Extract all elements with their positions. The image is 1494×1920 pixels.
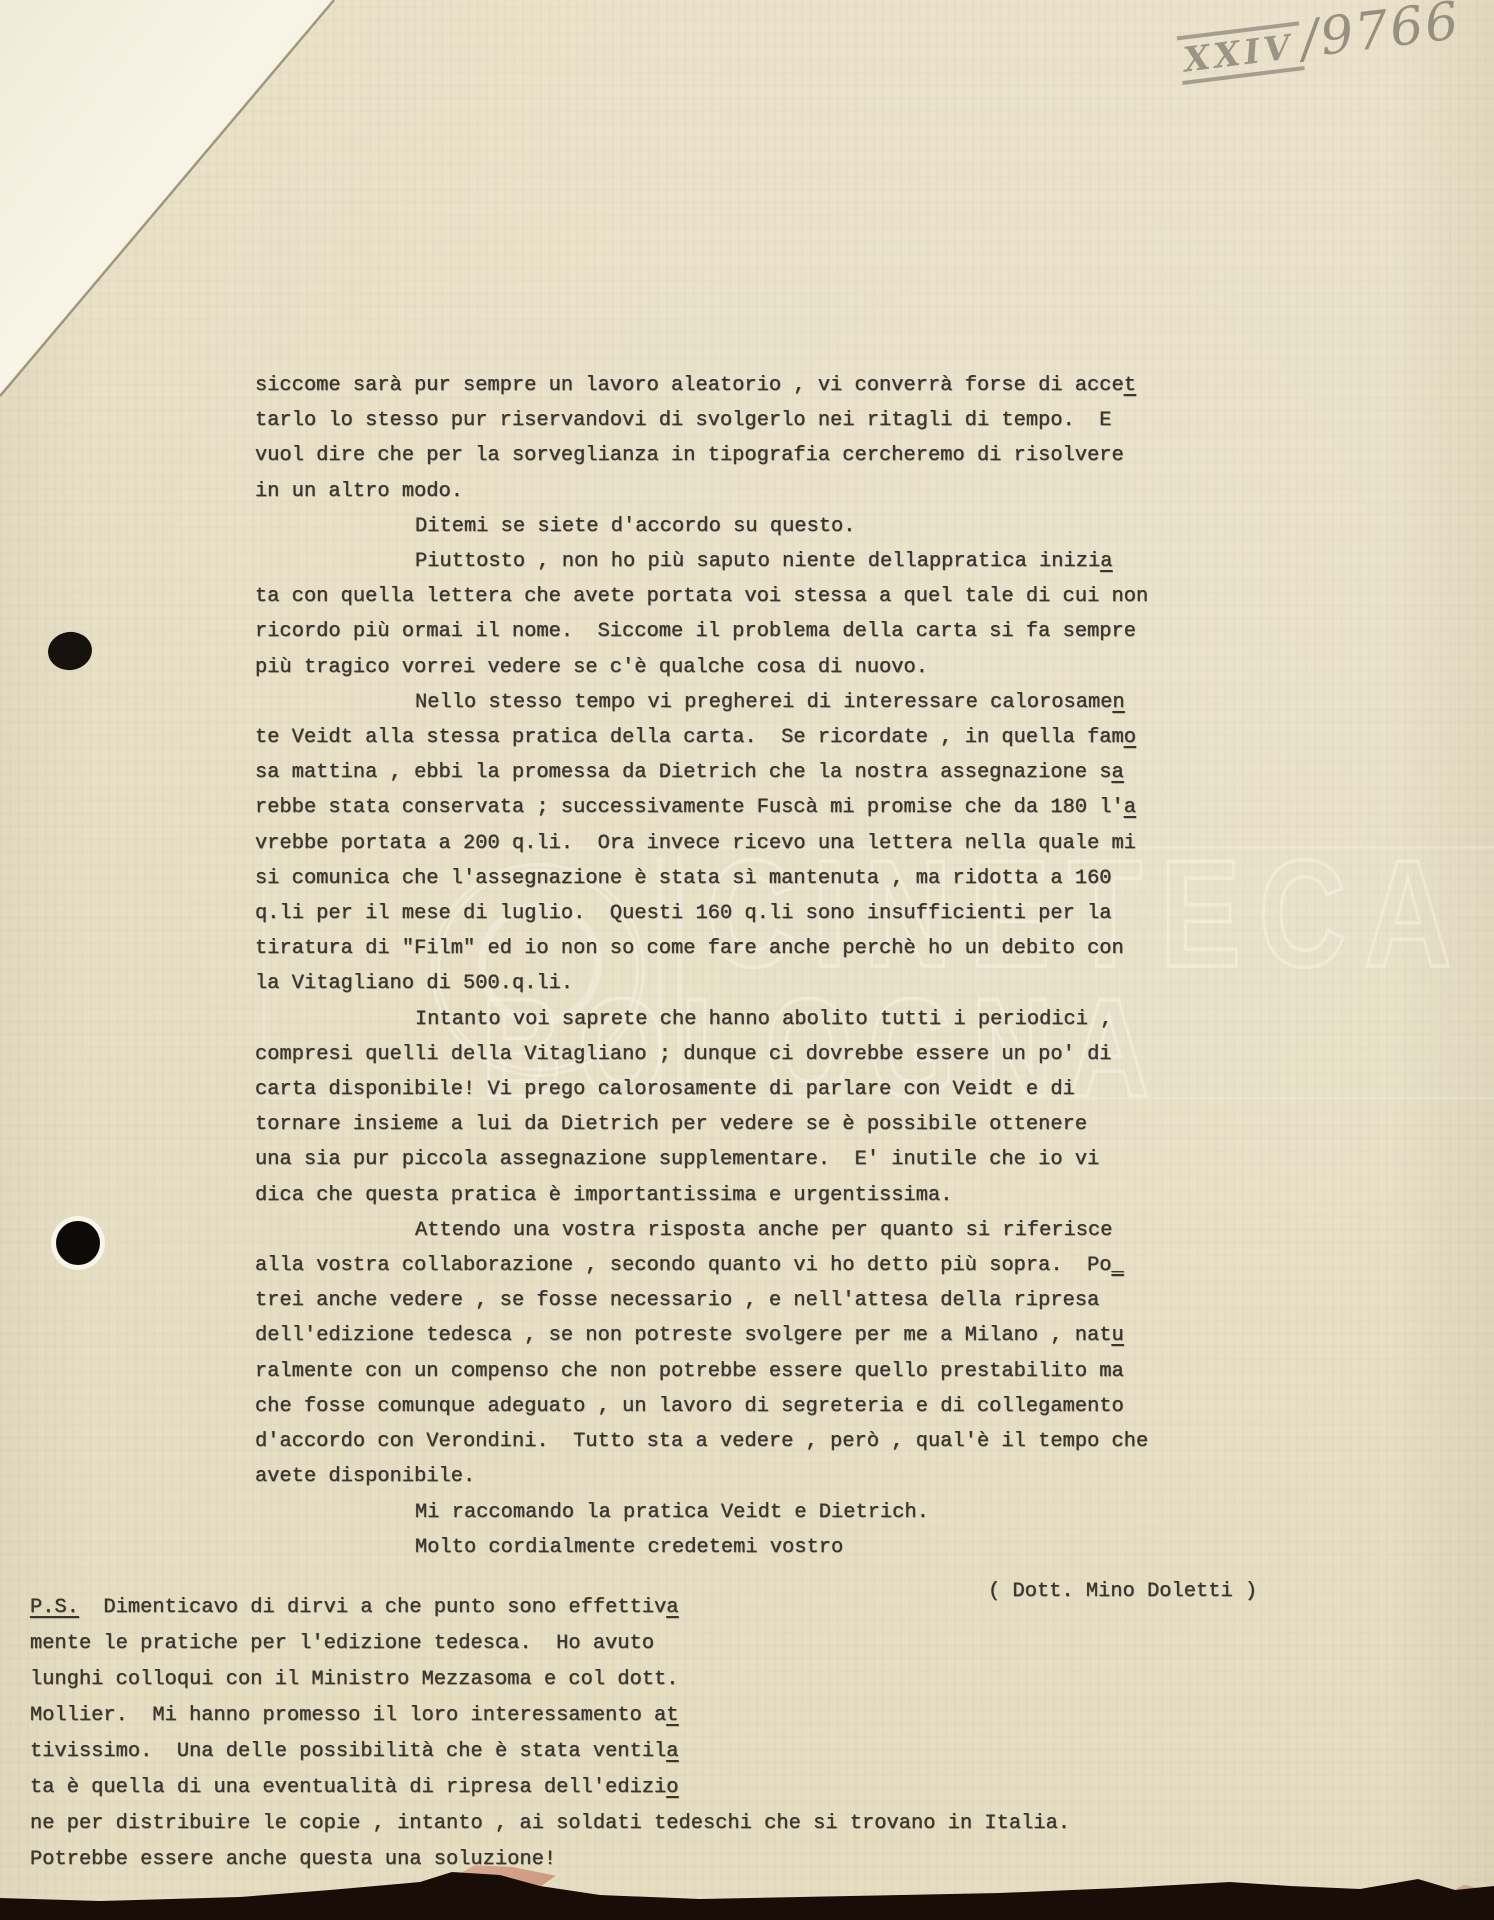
typed-line: vuol dire che per la sorveglianza in tip… xyxy=(255,438,1148,473)
typed-line: Ditemi se siete d'accordo su questo. xyxy=(255,509,1148,544)
punch-hole-bottom xyxy=(56,1221,100,1265)
typed-line: tornare insieme a lui da Dietrich per ve… xyxy=(255,1107,1148,1142)
typed-line: ralmente con un compenso che non potrebb… xyxy=(255,1354,1148,1389)
typed-line: siccome sarà pur sempre un lavoro aleato… xyxy=(255,368,1148,403)
typed-line: alla vostra collaborazione , secondo qua… xyxy=(255,1248,1148,1283)
folded-corner xyxy=(0,0,334,396)
letter-scan-page: XXIV/9766 CINETECA BOLOGNA siccome sarà … xyxy=(0,0,1494,1920)
typed-line: tiratura di "Film" ed io non so come far… xyxy=(255,931,1148,966)
typed-line: sa mattina , ebbi la promessa da Dietric… xyxy=(255,755,1148,790)
typed-line: Intanto voi saprete che hanno abolito tu… xyxy=(255,1002,1148,1037)
typed-line: tarlo lo stesso pur riservandovi di svol… xyxy=(255,403,1148,438)
typed-line: te Veidt alla stessa pratica della carta… xyxy=(255,720,1148,755)
typed-line: tivissimo. Una delle possibilità che è s… xyxy=(30,1734,1070,1770)
typed-line: d'accordo con Verondini. Tutto sta a ved… xyxy=(255,1424,1148,1459)
typed-line: ta con quella lettera che avete portata … xyxy=(255,579,1148,614)
typed-line: Molto cordialmente credetemi vostro xyxy=(255,1530,1148,1565)
typed-line: ta è quella di una eventualità di ripres… xyxy=(30,1770,1070,1806)
typed-line: P.S. Dimenticavo di dirvi a che punto so… xyxy=(30,1590,1070,1626)
typed-line: si comunica che l'assegnazione è stata s… xyxy=(255,861,1148,896)
typed-line: rebbe stata conservata ; successivamente… xyxy=(255,790,1148,825)
typed-line: q.li per il mese di luglio. Questi 160 q… xyxy=(255,896,1148,931)
letter-body: siccome sarà pur sempre un lavoro aleato… xyxy=(255,368,1148,1565)
typed-line: lunghi colloqui con il Ministro Mezzasom… xyxy=(30,1662,1070,1698)
typed-line: ricordo più ormai il nome. Siccome il pr… xyxy=(255,614,1148,649)
typed-line: che fosse comunque adeguato , un lavoro … xyxy=(255,1389,1148,1424)
typed-line: compresi quelli della Vitagliano ; dunqu… xyxy=(255,1037,1148,1072)
typed-line: in un altro modo. xyxy=(255,474,1148,509)
typed-line: vrebbe portata a 200 q.li. Ora invece ri… xyxy=(255,826,1148,861)
typed-line: Mollier. Mi hanno promesso il loro inter… xyxy=(30,1698,1070,1734)
typed-line: Mi raccomando la pratica Veidt e Dietric… xyxy=(255,1495,1148,1530)
typed-line: Potrebbe essere anche questa una soluzio… xyxy=(30,1842,1070,1878)
typed-line: dica che questa pratica è importantissim… xyxy=(255,1178,1148,1213)
typed-line: più tragico vorrei vedere se c'è qualche… xyxy=(255,650,1148,685)
typed-line: una sia pur piccola assegnazione supplem… xyxy=(255,1142,1148,1177)
archive-number-annotation: XXIV/9766 xyxy=(1175,0,1463,85)
punch-hole-top xyxy=(46,629,95,673)
archive-number-digits: /9766 xyxy=(1298,0,1464,70)
typed-line: carta disponibile! Vi prego calorosament… xyxy=(255,1072,1148,1107)
typed-line: Attendo una vostra risposta anche per qu… xyxy=(255,1213,1148,1248)
archive-number-roman: XXIV xyxy=(1177,21,1305,85)
typed-line: trei anche vedere , se fosse necessario … xyxy=(255,1283,1148,1318)
postscript: P.S. Dimenticavo di dirvi a che punto so… xyxy=(30,1590,1070,1878)
typed-line: dell'edizione tedesca , se non potreste … xyxy=(255,1318,1148,1353)
typed-line: ne per distribuire le copie , intanto , … xyxy=(30,1806,1070,1842)
typed-line: la Vitagliano di 500.q.li. xyxy=(255,966,1148,1001)
typed-line: mente le pratiche per l'edizione tedesca… xyxy=(30,1626,1070,1662)
typed-line: Nello stesso tempo vi pregherei di inter… xyxy=(255,685,1148,720)
typed-line: avete disponibile. xyxy=(255,1459,1148,1494)
typed-line: Piuttosto , non ho più saputo niente del… xyxy=(255,544,1148,579)
